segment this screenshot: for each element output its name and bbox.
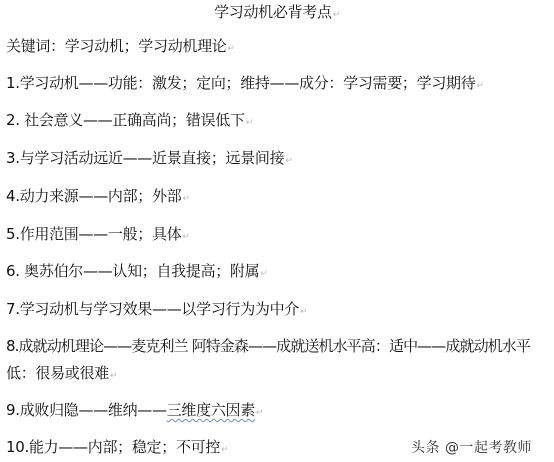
paragraph-mark-icon: ↵: [333, 10, 340, 20]
list-item: 4.动力来源——内部；外部↵: [6, 187, 190, 208]
keywords-text: 关键词：学习动机；学习动机理论: [6, 37, 227, 55]
list-item: 5.作用范围——一般；具体↵: [6, 225, 190, 246]
document-title: 学习动机必背考点↵: [0, 3, 554, 24]
paragraph-mark-icon: ↵: [221, 445, 228, 455]
item-text: 5.作用范围——一般；具体: [6, 225, 181, 243]
list-item: 2. 社会意义——正确高尚；错误低下↵: [6, 111, 253, 132]
paragraph-mark-icon: ↵: [246, 118, 253, 128]
paragraph-mark-icon: ↵: [300, 307, 307, 317]
list-item: 1.学习动机——功能：激发；定向；维持——成分：学习需要；学习期待↵: [6, 74, 484, 95]
item-text: 6. 奥苏伯尔——认知；自我提高；附属: [6, 262, 259, 280]
paragraph-mark-icon: ↵: [182, 194, 189, 204]
item-text: 1.学习动机——功能：激发；定向；维持——成分：学习需要；学习期待: [6, 74, 475, 92]
paragraph-mark-icon: ↵: [228, 44, 235, 54]
item-text: 7.学习动机与学习效果——以学习行为为中介: [6, 300, 299, 318]
item-text: 8.成就动机理论——麦克利兰 阿特金森——成就送机水平高：适中——成就动机水平: [6, 337, 530, 355]
item-text: 9.成败归隐——维纳——: [6, 401, 167, 419]
paragraph-mark-icon: ↵: [260, 269, 267, 279]
item-text: 4.动力来源——内部；外部: [6, 187, 181, 205]
watermark: 头条 @一起考教师: [411, 437, 532, 457]
paragraph-mark-icon: ↵: [182, 232, 189, 242]
item-text: 10.能力——内部；稳定；不可控: [6, 438, 220, 456]
item-text: 2. 社会意义——正确高尚；错误低下: [6, 111, 245, 129]
list-item: 8.成就动机理论——麦克利兰 阿特金森——成就送机水平高：适中——成就动机水平: [6, 337, 530, 355]
spellcheck-underlined-text: 三维度六因素: [167, 401, 255, 419]
paragraph-mark-icon: ↵: [476, 81, 483, 91]
list-item: 10.能力——内部；稳定；不可控↵: [6, 438, 228, 459]
keywords-line: 关键词：学习动机；学习动机理论↵: [6, 37, 235, 58]
list-item: 6. 奥苏伯尔——认知；自我提高；附属↵: [6, 262, 268, 283]
paragraph-mark-icon: ↵: [256, 408, 263, 418]
list-item: 3.与学习活动远近——近景直接；远景间接↵: [6, 149, 293, 170]
list-item: 7.学习动机与学习效果——以学习行为为中介↵: [6, 300, 307, 321]
item-text: 低：很易或很难: [6, 364, 109, 382]
list-item: 9.成败归隐——维纳——三维度六因素↵: [6, 401, 263, 422]
paragraph-mark-icon: ↵: [110, 371, 117, 381]
list-item-continuation: 低：很易或很难↵: [6, 364, 117, 385]
title-text: 学习动机必背考点: [214, 3, 332, 21]
item-text: 3.与学习活动远近——近景直接；远景间接: [6, 149, 284, 167]
paragraph-mark-icon: ↵: [285, 156, 292, 166]
